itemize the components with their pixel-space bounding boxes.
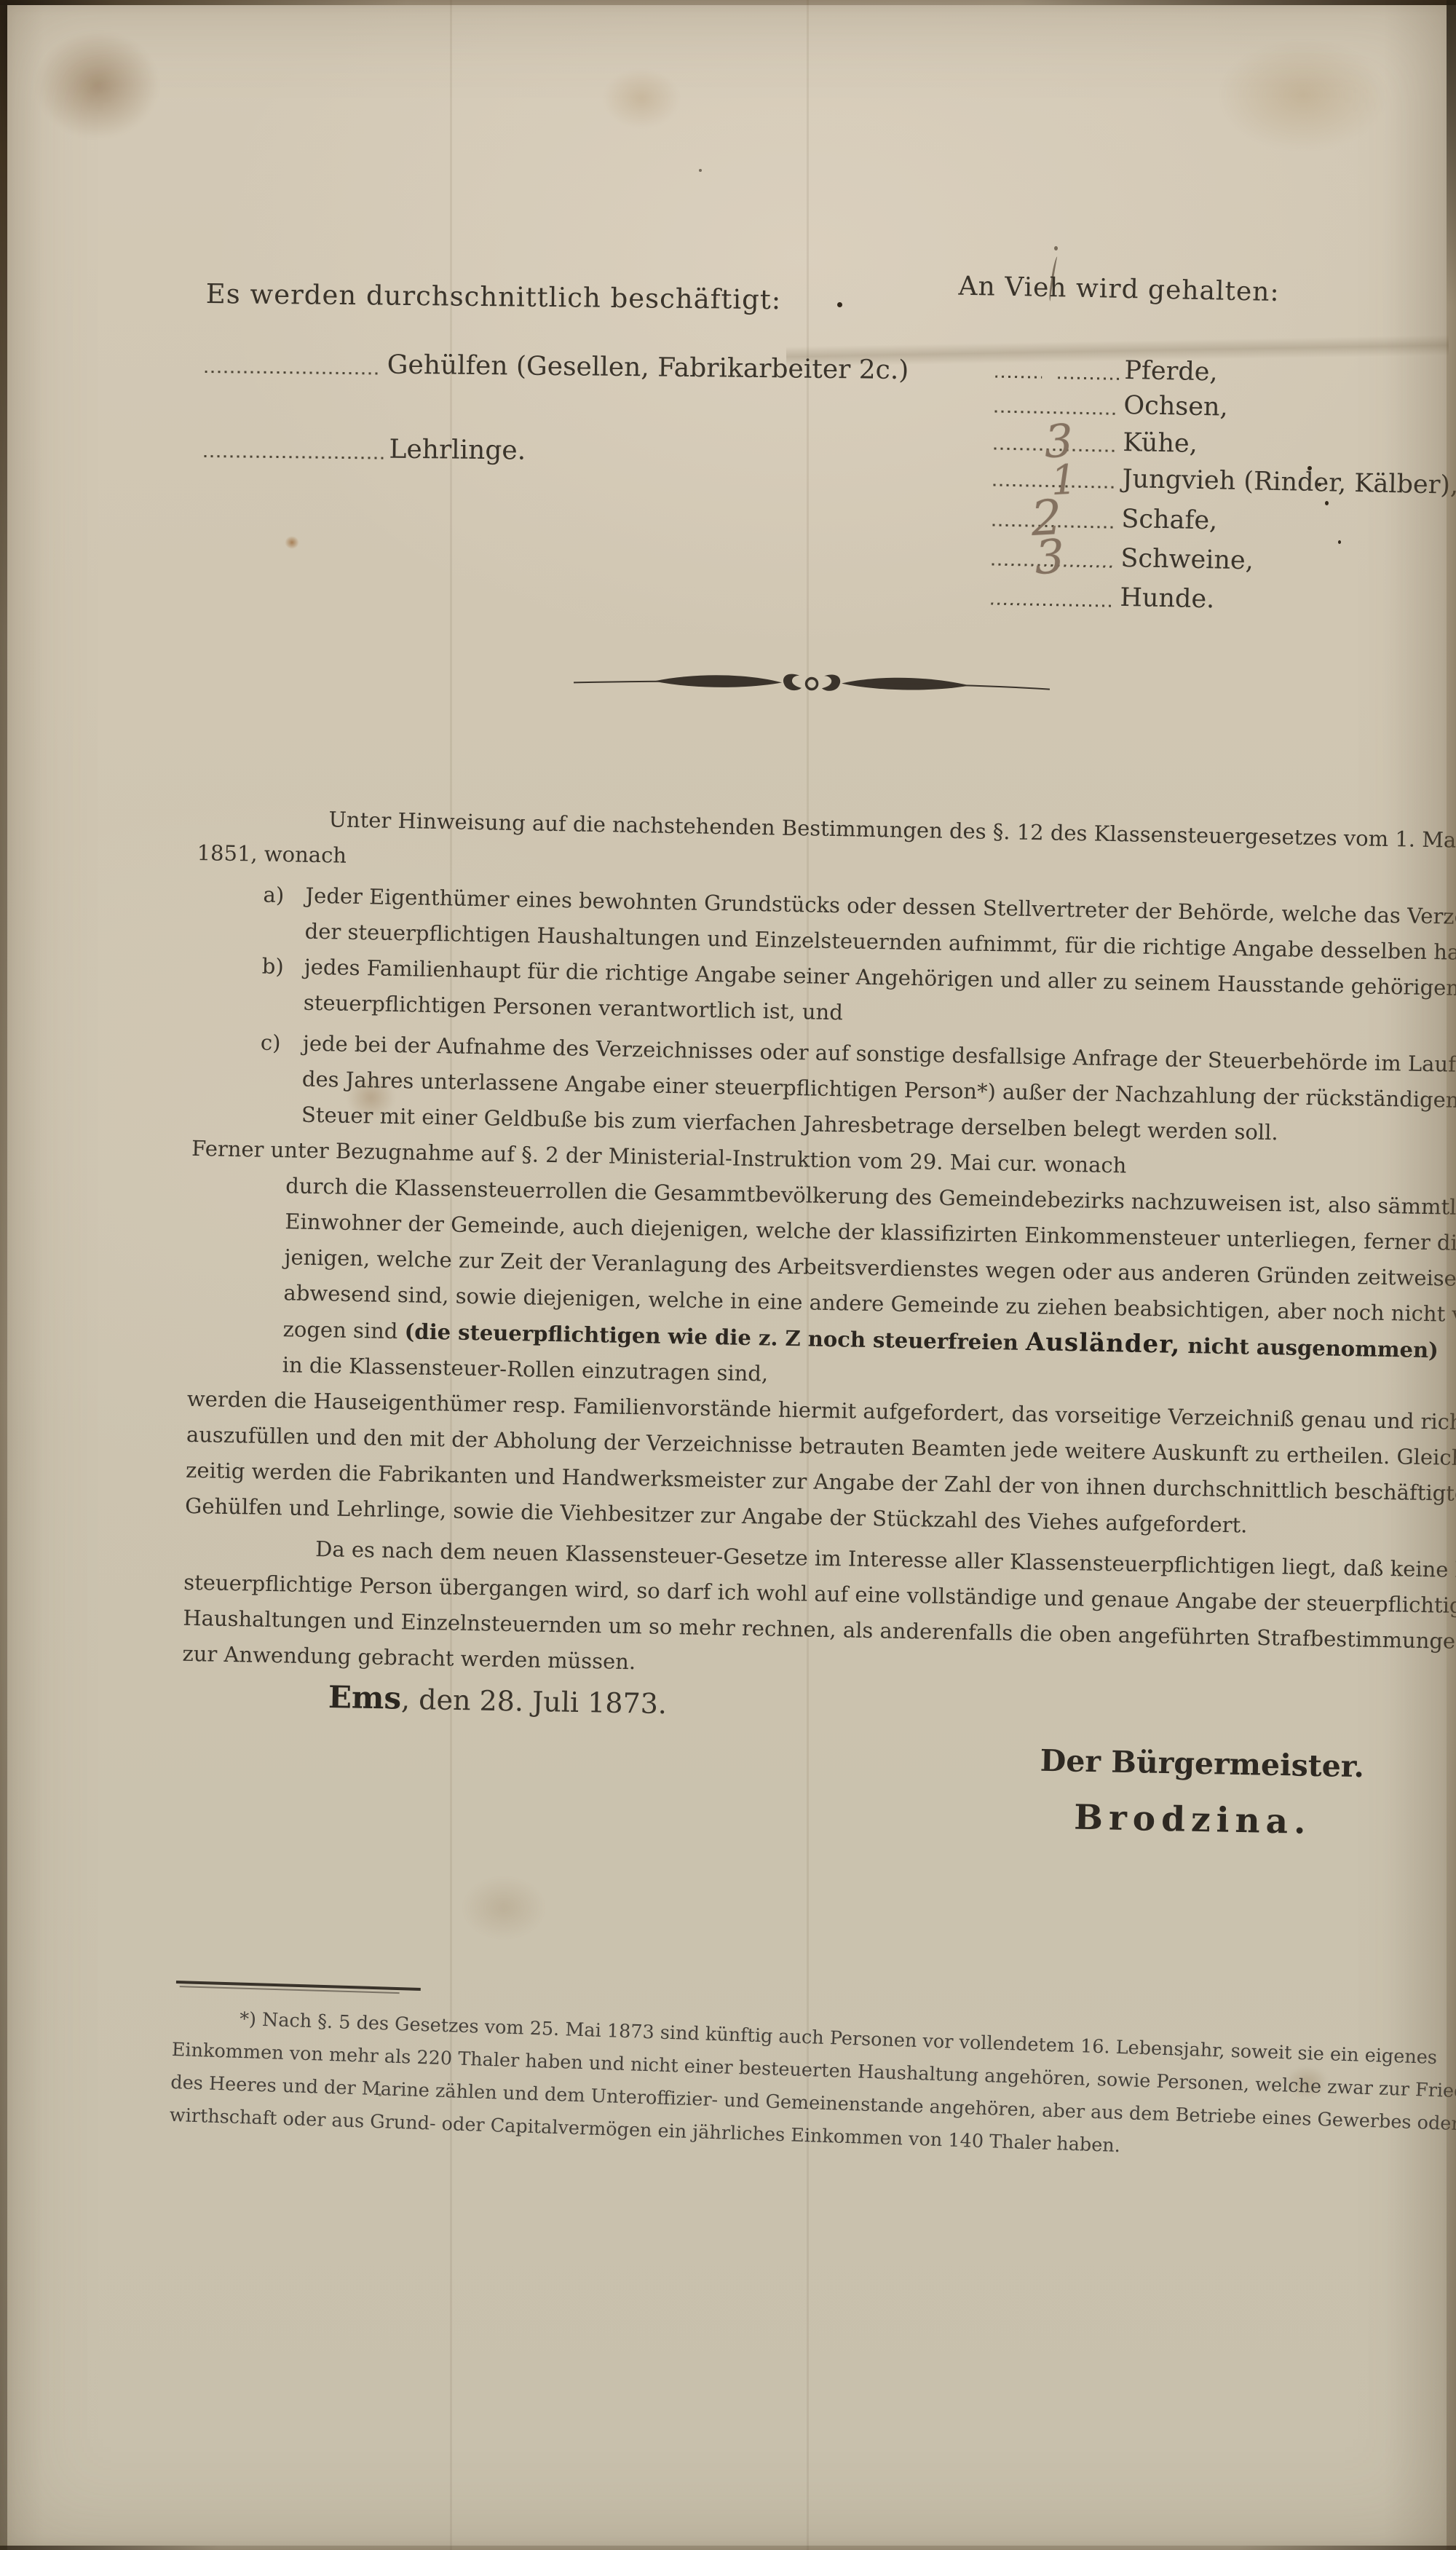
list-marker: a) <box>263 877 306 914</box>
dateline: Ems, den 28. Juli 1873. <box>328 1679 668 1721</box>
scan-edge-right <box>1447 0 1456 2550</box>
employment-section: Es werden durchschnittlich beschäftigt: … <box>206 278 782 315</box>
handwritten-count-schweine: 3 <box>1034 530 1066 585</box>
paper-stain <box>282 534 301 551</box>
signature-block: Der Bürgermeister. Brodzina. <box>1039 1743 1365 1844</box>
body-line: zogen sind <box>282 1317 405 1343</box>
livestock-row-hunde: Hunde. <box>991 581 1215 615</box>
paper-stain <box>446 1864 562 1951</box>
dotted-fill-line <box>991 603 1115 607</box>
livestock-heading: An Vieh wird gehalten: <box>958 272 1447 311</box>
livestock-row-label: Schafe, <box>1121 505 1218 536</box>
dotted-fill-line <box>204 455 383 459</box>
footnote-text: *) Nach §. 5 des Gesetzes vom 25. Mai 18… <box>169 2001 1443 2173</box>
employment-row-gehuelfen: Gehülfen (Gesellen, Fabrikarbeiter 2c.) <box>205 348 909 385</box>
emphasis-text-large: Ausländer, <box>1026 1327 1181 1359</box>
body-text: Unter Hinweisung auf die nachstehenden B… <box>182 800 1439 1694</box>
emphasis-text: (die steuerpflichtigen wie die z. Z noch… <box>404 1319 1026 1355</box>
ink-speck <box>699 169 702 172</box>
section-divider-ornament <box>568 663 1056 708</box>
signature-name: Brodzina. <box>1074 1798 1364 1844</box>
dateline-date: , den 28. Juli 1873. <box>401 1683 668 1720</box>
dotted-fill-line <box>995 376 1042 379</box>
livestock-row-pferde: Pferde, <box>995 354 1218 387</box>
livestock-row-kuehe: Kühe, <box>994 426 1198 459</box>
livestock-row-label: Kühe, <box>1123 428 1198 459</box>
scan-corner-bottom-right <box>1412 2521 1456 2550</box>
scanned-document-page: Es werden durchschnittlich beschäftigt: … <box>0 0 1456 2550</box>
list-marker: b) <box>261 949 304 985</box>
ink-speck <box>837 302 842 307</box>
list-marker: c) <box>260 1025 303 1062</box>
paper-stain <box>587 57 696 141</box>
employment-row-label: Gehülfen (Gesellen, Fabrikarbeiter 2c.) <box>387 350 909 386</box>
scan-edge-left <box>0 0 7 2550</box>
footnote-rule <box>176 1981 421 1994</box>
scan-corner-top-left <box>0 0 66 51</box>
emphasis-text: nicht ausgenommen) <box>1180 1333 1439 1362</box>
employment-heading: Es werden durchschnittlich beschäftigt: <box>206 278 782 315</box>
scan-corner-top-right <box>1423 0 1456 124</box>
livestock-row-label: Ochsen, <box>1123 391 1228 422</box>
livestock-row-label: Pferde, <box>1124 356 1218 387</box>
livestock-row-schafe: Schafe, <box>992 502 1217 536</box>
livestock-row-label: Jungvieh (Rinder, Kälber), <box>1122 465 1456 500</box>
livestock-row-ochsen: Ochsen, <box>994 389 1228 422</box>
scan-edge-bottom <box>0 2546 1456 2550</box>
employment-row-label: Lehrlinge. <box>389 435 526 466</box>
livestock-row-label: Hunde. <box>1120 583 1215 614</box>
dotted-fill-line <box>205 371 381 375</box>
livestock-row-schweine: Schweine, <box>992 542 1254 576</box>
dotted-fill-line <box>1058 376 1119 380</box>
paper-stain <box>1187 19 1420 172</box>
employment-row-lehrlinge: Lehrlinge. <box>204 433 526 466</box>
livestock-section: An Vieh wird gehalten: Pferde, Ochsen, K… <box>930 271 1447 659</box>
dateline-place: Ems <box>328 1679 402 1716</box>
scan-edge-top <box>0 0 1456 5</box>
signature-title: Der Bürgermeister. <box>1040 1743 1364 1785</box>
scan-corner-bottom-left <box>0 2506 58 2550</box>
livestock-row-label: Schweine, <box>1120 544 1254 575</box>
